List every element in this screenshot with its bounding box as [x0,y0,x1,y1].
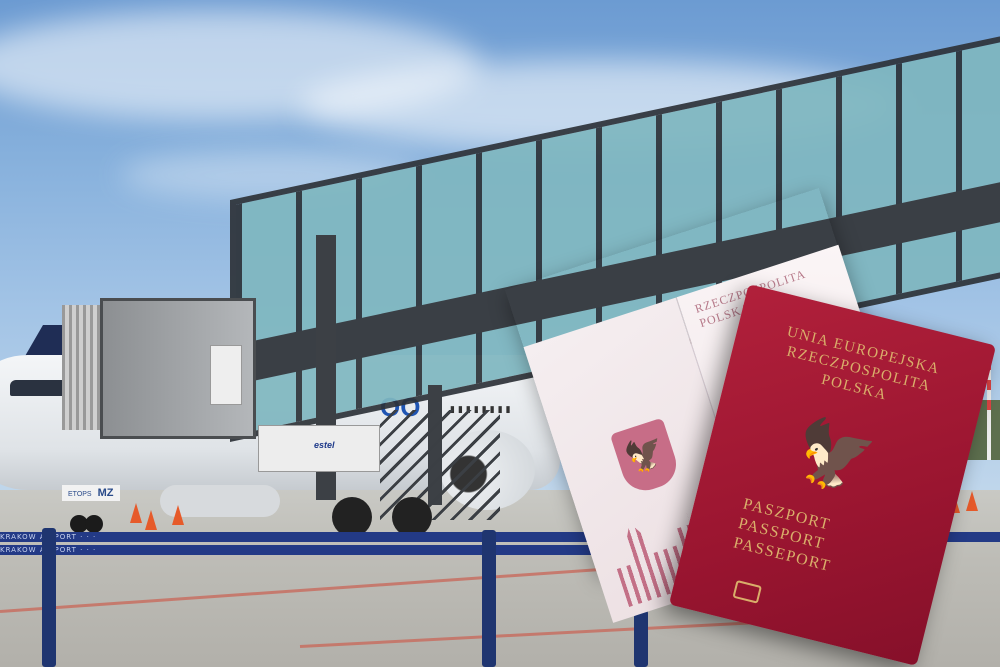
traffic-cone [145,510,157,530]
stanchion-post [42,528,56,667]
traffic-cone [966,491,978,511]
belt-text: KRAKOW AIRPORT [0,546,77,554]
traffic-cone [130,503,142,523]
white-eagle-emblem-icon: 🦅 [785,407,883,509]
bridge-wheel [332,497,372,537]
belt-text: KRAKOW AIRPORT [0,533,77,541]
white-eagle-emblem-icon: 🦅 [610,418,682,497]
photo-scene: OO ▮▮▮▮▮▮▮▮ ETOPSMZ estel KRAKOW AIRPORT… [0,0,1000,667]
nose-gear-door-registration: ETOPSMZ [62,485,120,501]
equipment-label: estel [314,440,335,450]
queue-belt: KRAKOW AIRPORT · · · [0,545,600,555]
bridge-wheel [392,497,432,537]
stanchion-post [482,530,496,667]
air-conditioning-unit [210,345,242,405]
traffic-cone [172,505,184,525]
registration: MZ [98,487,114,499]
apron-marking [0,561,698,613]
cover-passport-label: PASZPORT PASSPORT PASSEPORT [685,483,994,615]
etops-label: ETOPS [68,491,92,498]
apron-marking [300,619,799,648]
ground-power-unit: estel [258,425,380,472]
stanchion-post [634,610,648,667]
biometric-chip-icon [732,580,762,604]
nose-wheel [85,515,103,533]
